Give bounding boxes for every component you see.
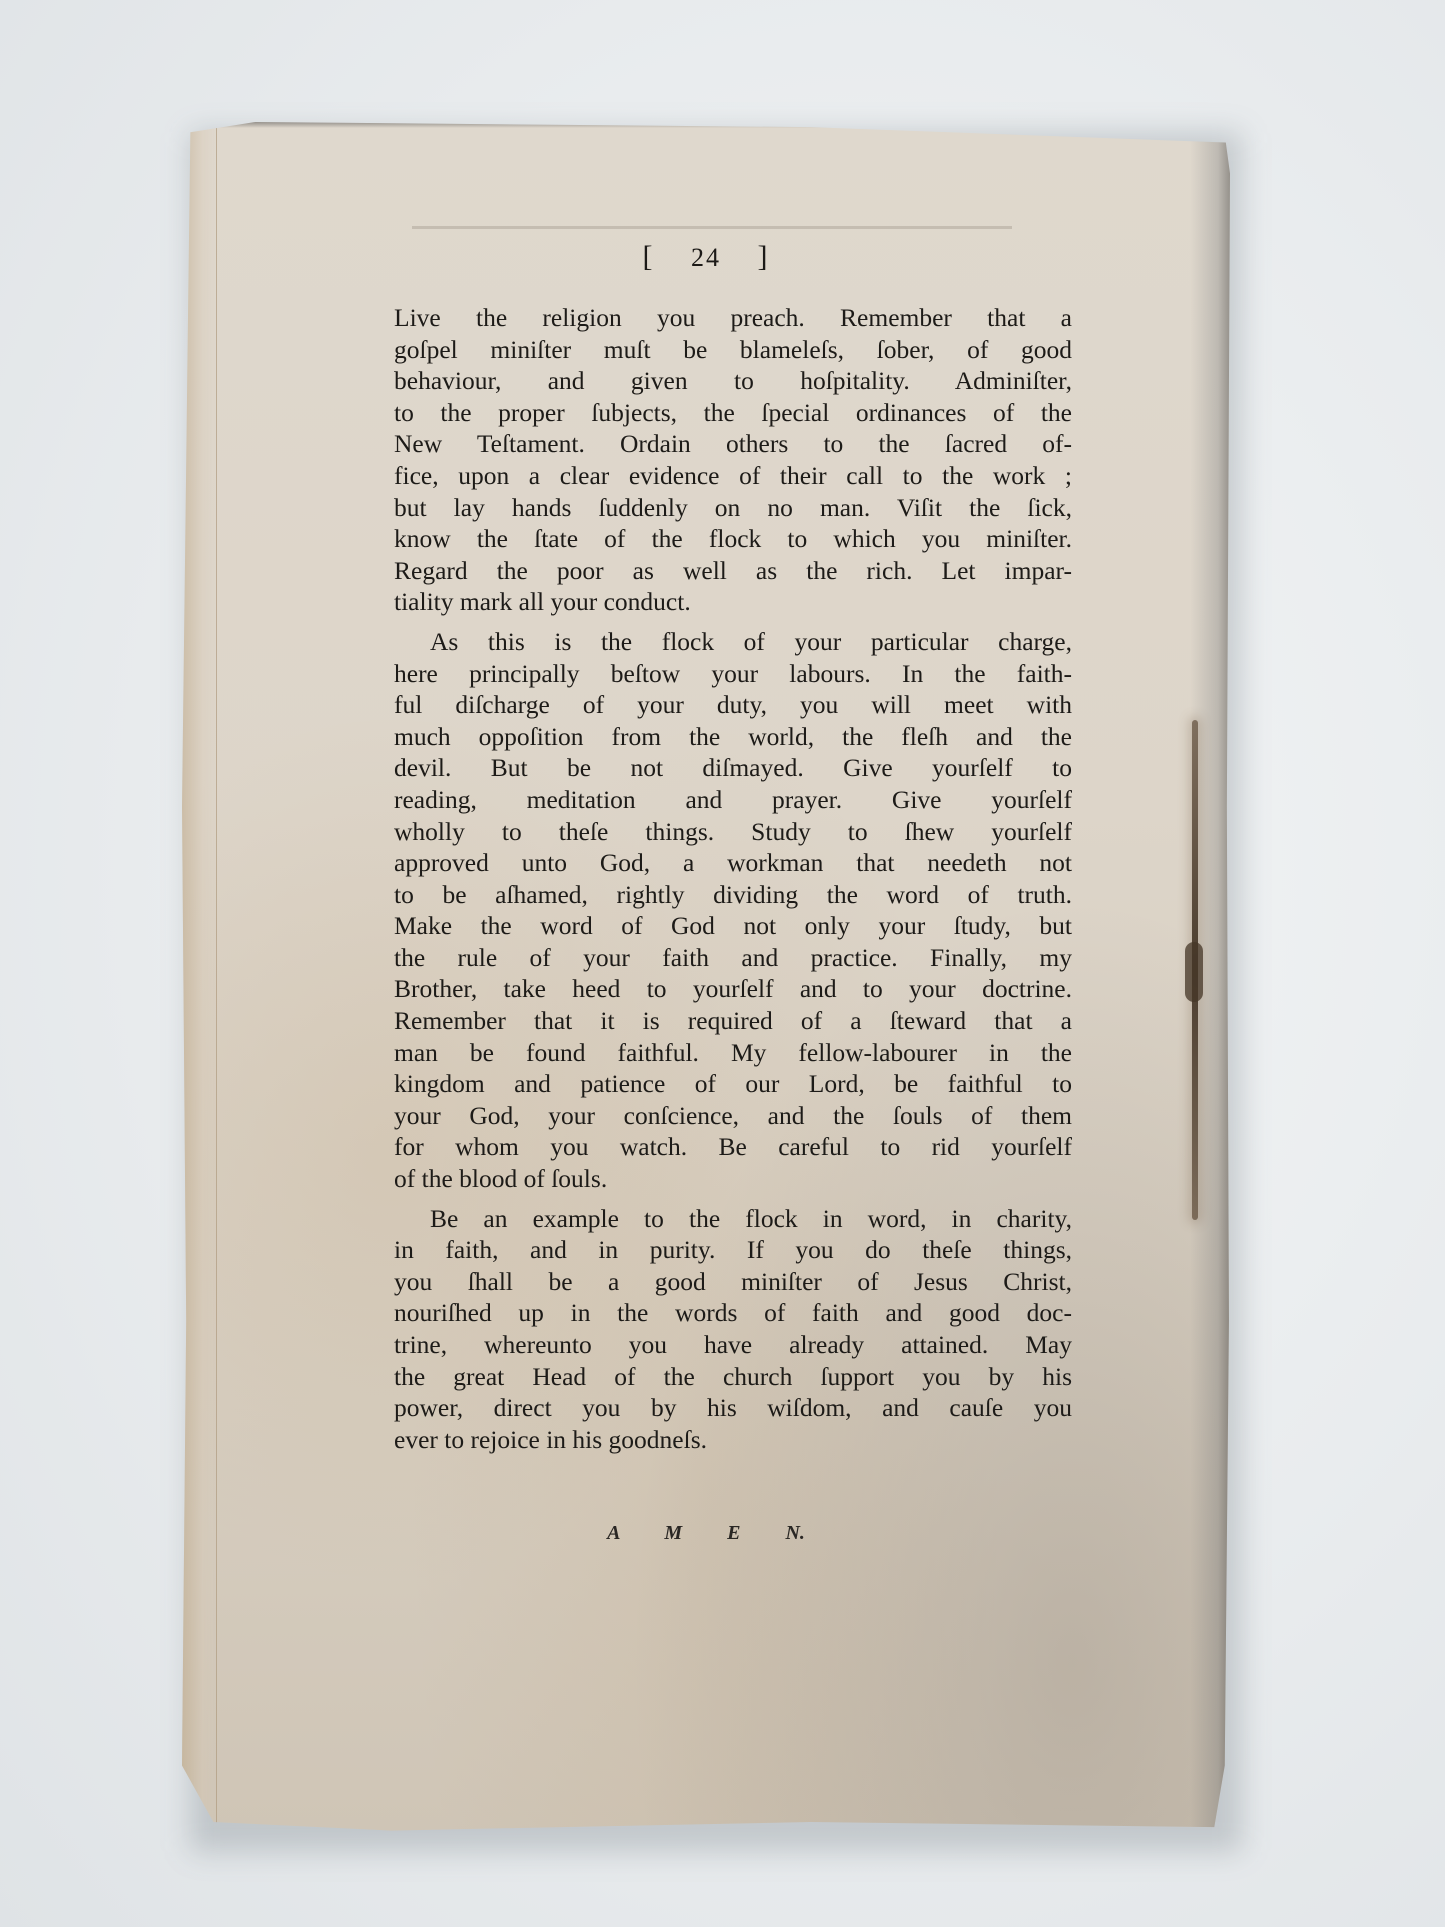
text-line: to be aſhamed, rightly dividing the word…	[394, 879, 1072, 911]
text-line: the rule of your faith and practice. Fin…	[394, 942, 1072, 974]
paragraph-2: As this is the flock of your particular …	[394, 626, 1072, 1195]
text-line: fice, upon a clear evidence of their cal…	[394, 460, 1072, 492]
text-line: tiality mark all your conduct.	[394, 586, 1072, 618]
faint-rule-line	[412, 226, 1012, 229]
text-line: reading, meditation and prayer. Give you…	[394, 784, 1072, 816]
text-line: of the blood of ſouls.	[394, 1163, 1072, 1195]
text-line: Regard the poor as well as the rich. Let…	[394, 555, 1072, 587]
text-line: New Teſtament. Ordain others to the ſacr…	[394, 428, 1072, 460]
text-line: Remember that it is required of a ſtewar…	[394, 1005, 1072, 1037]
page-number-header: [ 24 ]	[182, 240, 1230, 274]
text-line: approved unto God, a workman that needet…	[394, 847, 1072, 879]
text-line: As this is the flock of your particular …	[394, 626, 1072, 658]
text-line: the great Head of the church ſupport you…	[394, 1361, 1072, 1393]
paragraph-gap	[394, 1195, 1072, 1203]
text-line: wholly to theſe things. Study to ſhew yo…	[394, 816, 1072, 848]
text-line: nouriſhed up in the words of faith and g…	[394, 1297, 1072, 1329]
text-line: Live the religion you preach. Remember t…	[394, 302, 1072, 334]
text-line: your God, your conſcience, and the ſouls…	[394, 1100, 1072, 1132]
paragraph-3: Be an example to the flock in word, in c…	[394, 1203, 1072, 1456]
text-line: Be an example to the flock in word, in c…	[394, 1203, 1072, 1235]
text-line: Brother, take heed to yourſelf and to yo…	[394, 973, 1072, 1005]
text-line: for whom you watch. Be careful to rid yo…	[394, 1131, 1072, 1163]
text-line: power, direct you by his wiſdom, and cau…	[394, 1392, 1072, 1424]
text-line: ful diſcharge of your duty, you will mee…	[394, 689, 1072, 721]
document-page: [ 24 ] Live the religion you preach. Rem…	[182, 122, 1230, 1834]
text-line: to the proper ſubjects, the ſpecial ordi…	[394, 397, 1072, 429]
paragraph-1: Live the religion you preach. Remember t…	[394, 302, 1072, 618]
text-line: here principally beſtow your labours. In…	[394, 658, 1072, 690]
text-line: ever to rejoice in his goodneſs.	[394, 1424, 1072, 1456]
bracket-close: ]	[758, 240, 770, 274]
text-line: know the ſtate of the flock to which you…	[394, 523, 1072, 555]
text-line: behaviour, and given to hoſpitality. Adm…	[394, 365, 1072, 397]
closing-amen: A M E N.	[182, 1522, 1230, 1545]
page-left-edge	[182, 122, 217, 1834]
text-line: trine, whereunto you have already attain…	[394, 1329, 1072, 1361]
text-line: man be found faithful. My fellow-laboure…	[394, 1037, 1072, 1069]
page-number: 24	[691, 243, 721, 272]
page-top-edge	[182, 122, 1230, 128]
bracket-open: [	[643, 240, 655, 274]
text-line: in faith, and in purity. If you do theſe…	[394, 1234, 1072, 1266]
text-line: goſpel miniſter muſt be blameleſs, ſober…	[394, 334, 1072, 366]
text-line: but lay hands ſuddenly on no man. Viſit …	[394, 492, 1072, 524]
text-line: kingdom and patience of our Lord, be fai…	[394, 1068, 1072, 1100]
body-text: Live the religion you preach. Remember t…	[394, 302, 1072, 1455]
text-line: you ſhall be a good miniſter of Jesus Ch…	[394, 1266, 1072, 1298]
text-line: Make the word of God not only your ſtudy…	[394, 910, 1072, 942]
text-line: much oppoſition from the world, the fleſ…	[394, 721, 1072, 753]
binding-stitch-knot	[1185, 942, 1203, 1002]
paragraph-gap	[394, 618, 1072, 626]
text-line: devil. But be not diſmayed. Give yourſel…	[394, 752, 1072, 784]
